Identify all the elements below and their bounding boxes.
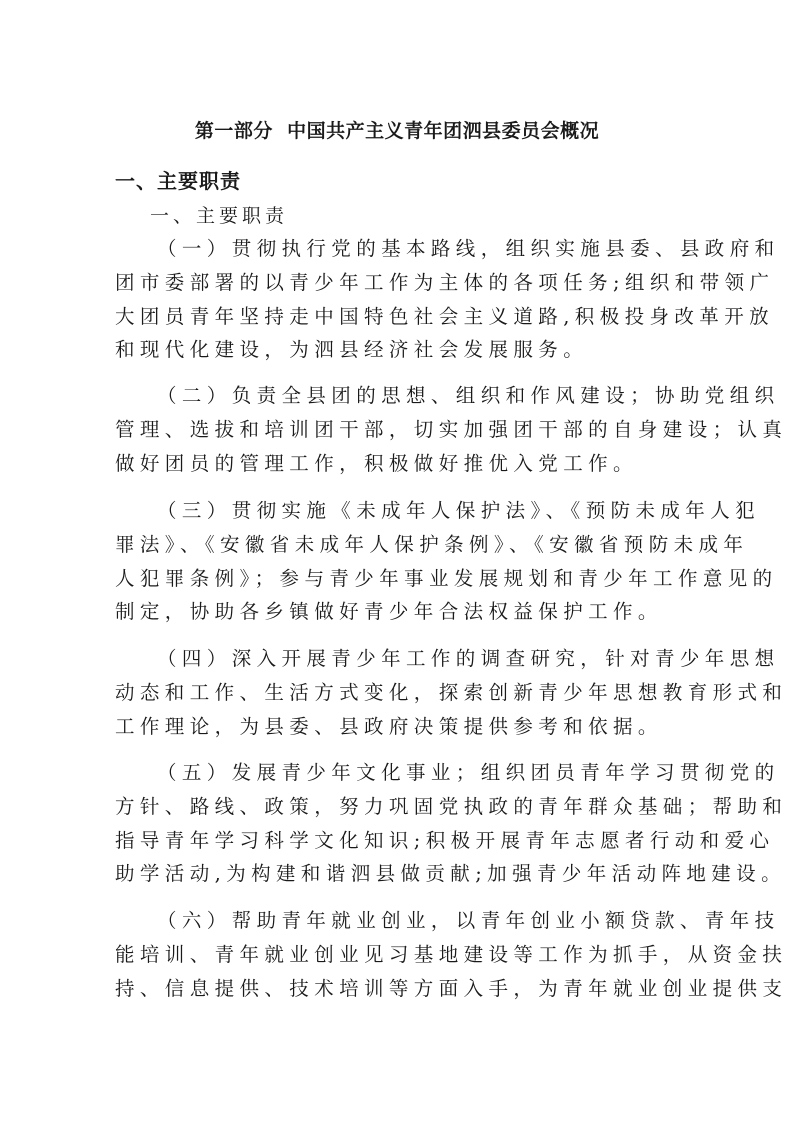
paragraph-line: （一）贯彻执行党的基本路线，组织实施县委、县政府和 — [115, 232, 685, 266]
paragraph-line: 和现代化建设，为泗县经济社会发展服务。 — [115, 333, 685, 367]
paragraph-line: 制定，协助各乡镇做好青少年合法权益保护工作。 — [115, 595, 685, 629]
paragraph-line: 指导青年学习科学文化知识;积极开展青年志愿者行动和爱心 — [115, 824, 685, 858]
paragraph-line: 罪法》、《安徽省未成年人保护条例》、《安徽省预防未成年 — [115, 528, 685, 562]
paragraph-1: （一）贯彻执行党的基本路线，组织实施县委、县政府和 团市委部署的以青少年工作为主… — [115, 232, 685, 367]
paragraph-line: 方针、路线、政策，努力巩固党执政的青年群众基础；帮助和 — [115, 790, 685, 824]
paragraph-line: 工作理论，为县委、县政府决策提供参考和依据。 — [115, 710, 685, 744]
paragraph-line: （二）负责全县团的思想、组织和作风建设；协助党组织 — [115, 379, 685, 413]
subsection-heading: 一、主要职责 — [150, 201, 288, 228]
paragraph-line: （五）发展青少年文化事业；组织团员青年学习贯彻党的 — [115, 756, 685, 790]
paragraph-line: 管理、选拔和培训团干部，切实加强团干部的自身建设；认真 — [115, 413, 685, 447]
paragraph-line: 团市委部署的以青少年工作为主体的各项任务;组织和带领广 — [115, 266, 685, 300]
paragraph-line: 助学活动,为构建和谐泗县做贡献;加强青少年活动阵地建设。 — [115, 857, 685, 891]
paragraph-line: 人犯罪条例》；参与青少年事业发展规划和青少年工作意见的 — [115, 562, 685, 596]
paragraph-6: （六）帮助青年就业创业，以青年创业小额贷款、青年技 能培训、青年就业创业见习基地… — [115, 904, 685, 1005]
paragraph-line: （四）深入开展青少年工作的调查研究，针对青少年思想 — [115, 642, 685, 676]
paragraph-4: （四）深入开展青少年工作的调查研究，针对青少年思想 动态和工作、生活方式变化，探… — [115, 642, 685, 743]
paragraph-3: （三）贯彻实施《未成年人保护法》、《预防未成年人犯 罪法》、《安徽省未成年人保护… — [115, 494, 685, 629]
document-title: 第一部分 中国共产主义青年团泗县委员会概况 — [0, 116, 794, 143]
paragraph-line: 动态和工作、生活方式变化，探索创新青少年思想教育形式和 — [115, 676, 685, 710]
paragraph-5: （五）发展青少年文化事业；组织团员青年学习贯彻党的 方针、路线、政策，努力巩固党… — [115, 756, 685, 891]
paragraph-2: （二）负责全县团的思想、组织和作风建设；协助党组织 管理、选拔和培训团干部，切实… — [115, 379, 685, 480]
section-heading: 一、主要职责 — [115, 165, 241, 194]
paragraph-line: 做好团员的管理工作，积极做好推优入党工作。 — [115, 447, 685, 481]
paragraph-line: 能培训、青年就业创业见习基地建设等工作为抓手，从资金扶 — [115, 938, 685, 972]
paragraph-line: 持、信息提供、技术培训等方面入手，为青年就业创业提供支 — [115, 972, 685, 1006]
paragraph-line: 大团员青年坚持走中国特色社会主义道路,积极投身改革开放 — [115, 300, 685, 334]
paragraph-line: （六）帮助青年就业创业，以青年创业小额贷款、青年技 — [115, 904, 685, 938]
paragraph-line: （三）贯彻实施《未成年人保护法》、《预防未成年人犯 — [115, 494, 685, 528]
